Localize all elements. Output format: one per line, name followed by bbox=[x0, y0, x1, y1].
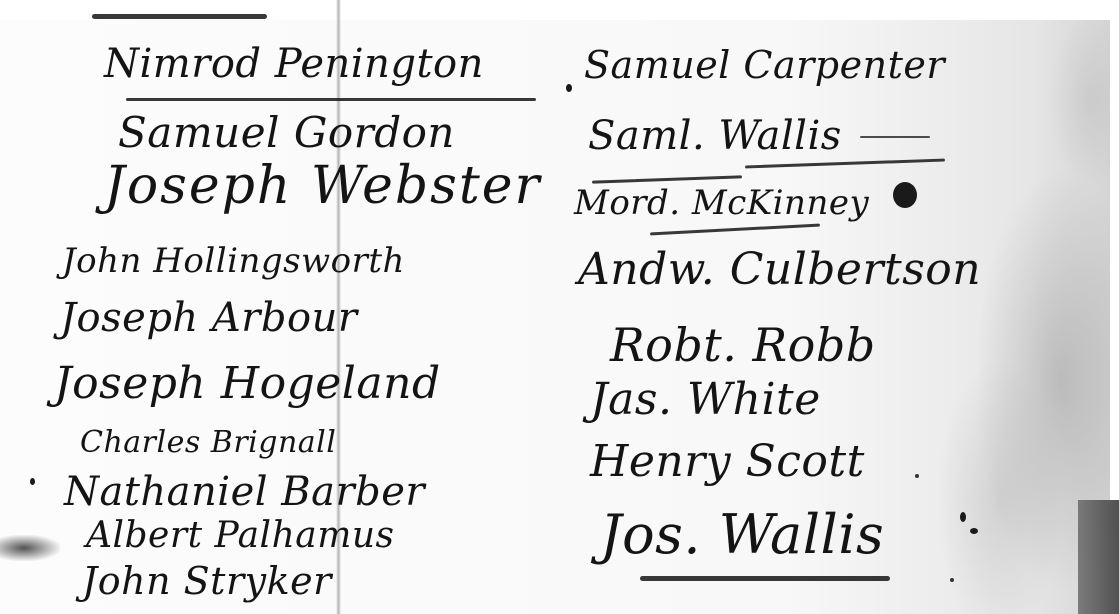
signature: Samuel Gordon bbox=[118, 112, 455, 154]
signature: Nimrod Penington bbox=[104, 44, 484, 84]
signature-underline bbox=[126, 98, 536, 101]
signature: Jas. White bbox=[590, 378, 821, 422]
signature: Henry Scott bbox=[590, 440, 865, 484]
signature: Jos. Wallis bbox=[600, 508, 884, 562]
dark-corner-shadow bbox=[1078, 500, 1119, 614]
ink-smudge bbox=[0, 535, 60, 561]
signature: John Hollingsworth bbox=[62, 244, 405, 278]
ink-blot bbox=[30, 478, 35, 485]
signature: Joseph Webster bbox=[104, 160, 541, 212]
trailing-dash bbox=[860, 136, 930, 138]
right-edge-band bbox=[1110, 20, 1119, 500]
signature: John Stryker bbox=[82, 562, 332, 600]
signature: Nathaniel Barber bbox=[64, 472, 425, 512]
signature-underline bbox=[650, 224, 820, 236]
signature: Saml. Wallis bbox=[588, 116, 842, 156]
signature-underline bbox=[745, 159, 945, 169]
signature: Charles Brignall bbox=[80, 428, 336, 458]
ink-dot bbox=[950, 578, 954, 582]
top-ink-stroke bbox=[92, 14, 267, 19]
signature: Albert Palhamus bbox=[86, 518, 395, 554]
signature: Joseph Hogeland bbox=[54, 362, 441, 406]
signature: Andw. Culbertson bbox=[578, 248, 981, 292]
scanned-document-page: Nimrod Penington Samuel Gordon Joseph We… bbox=[0, 0, 1119, 614]
ink-blot bbox=[566, 84, 572, 92]
ink-blot bbox=[893, 182, 917, 208]
signature: Samuel Carpenter bbox=[584, 46, 945, 84]
ink-blot bbox=[970, 528, 978, 534]
signature: Joseph Arbour bbox=[60, 298, 357, 338]
signature-flourish-underline bbox=[640, 576, 890, 581]
signature: Mord. McKinney bbox=[574, 186, 869, 220]
ink-blot bbox=[960, 512, 966, 522]
signature: Robt. Robb bbox=[610, 322, 876, 368]
ink-dot bbox=[915, 474, 919, 478]
